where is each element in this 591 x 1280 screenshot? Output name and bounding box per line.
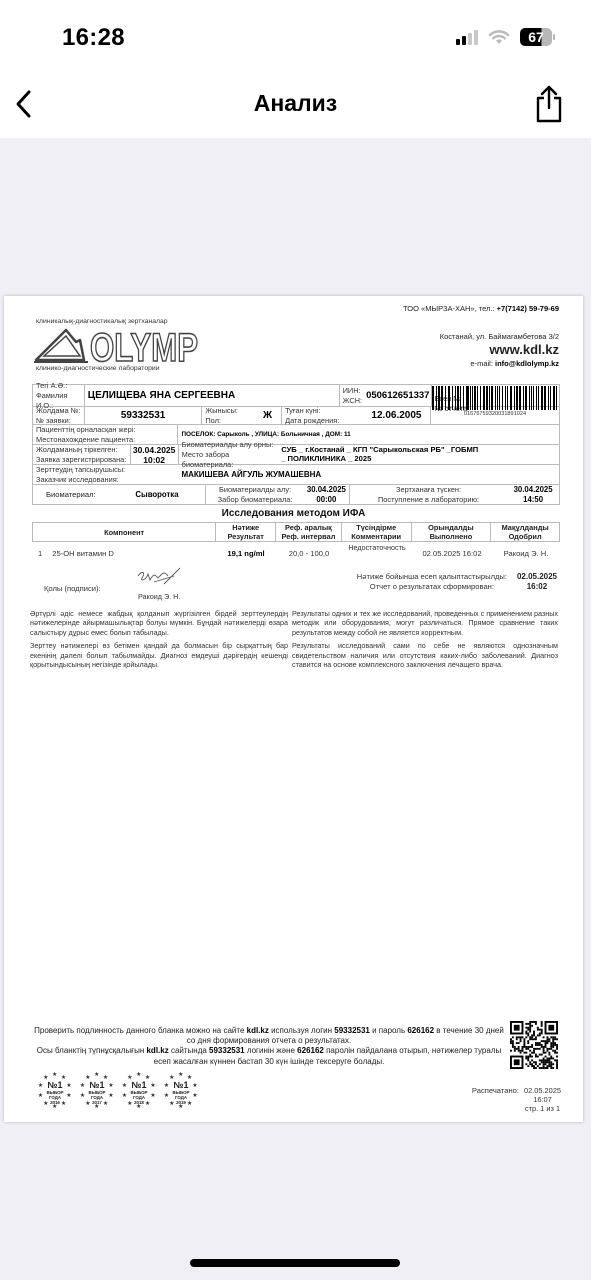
award-badge: ★★★★★★★★★★№1ВЫБОРГОДА2019 xyxy=(164,1072,198,1110)
top-bar: 16:28 67 Анализ xyxy=(0,0,591,138)
svg-text:OLYMP: OLYMP xyxy=(90,326,198,364)
barcode-icon xyxy=(432,386,558,410)
patient-dob: Туған күні:Дата рождения: 12.06.2005 xyxy=(282,407,431,424)
olymp-logo: клиникалық-диагностикалық зертханалар OL… xyxy=(30,318,200,374)
result-done: 02.05.2025 16:02 xyxy=(412,542,492,564)
section-title: Исследования методом ИФА xyxy=(4,508,583,519)
lab-report-document: ТОО «МЫРЗА-ХАН», тел.: +7(7142) 59-79-69… xyxy=(4,296,583,1122)
printed-info: 02.05.2025 16:07 стр. 1 из 1 xyxy=(524,1086,561,1113)
battery-level: 67 xyxy=(520,28,552,46)
logo-bottom-text: клинико-диагностические лаборатории xyxy=(36,365,160,372)
company-info: ТОО «МЫРЗА-ХАН», тел.: +7(7142) 59-79-69 xyxy=(403,304,559,313)
verification-text: Проверить подлинность данного бланка мож… xyxy=(34,1026,504,1067)
barcode-number: 01676759320031891024 xyxy=(432,411,558,417)
award-badge: ★★★★★★★★★★№1ВЫБОРГОДА2016 xyxy=(38,1072,72,1110)
header-result: НәтижеРезультат xyxy=(216,523,276,541)
signature-name: Ракоид Э. Н. xyxy=(138,592,180,601)
wifi-icon xyxy=(488,29,510,45)
page-title: Анализ xyxy=(0,90,591,117)
status-icons: 67 xyxy=(456,28,555,46)
page-number: стр. 1 из 1 xyxy=(524,1104,561,1113)
result-comment: Недостаточность xyxy=(346,542,408,564)
biomaterial: Сыворотка xyxy=(109,485,207,504)
result-ref-interval: 20,0 - 100,0 xyxy=(276,542,342,564)
company-address: Костанай, ул. Баймагамбетова 3/2 xyxy=(440,332,559,341)
patient-iin: ИИН:ЖСН: 050612651337 xyxy=(340,385,432,406)
report-barcode: 01676759320031891024 xyxy=(432,386,558,417)
cellular-signal-icon xyxy=(456,29,478,45)
report-formed-datetime: 02.05.2025 16:02 xyxy=(517,572,557,592)
result-approved: Ракоид Э. Н. xyxy=(492,542,560,564)
status-time: 16:28 xyxy=(62,24,125,52)
header-comments: ТүсіндірмеКомментарии xyxy=(342,523,412,541)
signature-icon xyxy=(134,566,184,588)
qr-code-icon xyxy=(510,1021,558,1069)
order-number: 59332531 xyxy=(85,407,203,424)
badge-year: 2019 xyxy=(170,1100,192,1105)
badge-year: 2018 xyxy=(128,1100,150,1105)
registered-datetime: 30.04.202510:02 xyxy=(131,445,179,464)
result-value: 19,1 ng/ml xyxy=(216,542,276,564)
printed-label: Распечатано: xyxy=(472,1086,519,1095)
signature-label: Қолы (подписи): xyxy=(44,584,101,593)
award-badge: ★★★★★★★★★★№1ВЫБОРГОДА2017 xyxy=(80,1072,114,1110)
results-table-header: Компонент НәтижеРезультат Реф. аралықРеф… xyxy=(32,522,560,542)
notes-ru: Результаты одних и тех же исследований, … xyxy=(292,609,558,669)
badge-year: 2016 xyxy=(44,1100,66,1105)
header-done: ОрындалдыВыполнено xyxy=(412,523,492,541)
results-table: Компонент НәтижеРезультат Реф. аралықРеф… xyxy=(32,522,560,564)
patient-name: ЦЕЛИЩЕВА ЯНА СЕРГЕЕВНА xyxy=(85,385,340,406)
award-badges: ★★★★★★★★★★№1ВЫБОРГОДА2016★★★★★★★★★★№1ВЫБ… xyxy=(38,1072,198,1110)
company-phone: +7(7142) 59-79-69 xyxy=(497,304,559,313)
badge-year: 2017 xyxy=(86,1100,108,1105)
header-component: Компонент xyxy=(33,523,216,541)
battery-icon: 67 xyxy=(520,28,555,46)
customer-name: МАКИШЕВА АЙГУЛЬ ЖУМАШЕВНА xyxy=(178,465,559,484)
collection-datetime: 30.04.202500:00 xyxy=(304,485,350,504)
company-website: www.kdl.kz xyxy=(489,342,559,357)
patient-sex: Жынысы:Пол: Ж xyxy=(202,407,282,424)
verify-site-link[interactable]: kdl.kz xyxy=(247,1026,269,1035)
result-component: 125-ОН витамин D xyxy=(32,542,216,564)
award-badge: ★★★★★★★★★★№1ВЫБОРГОДА2018 xyxy=(122,1072,156,1110)
share-icon[interactable] xyxy=(533,84,565,124)
table-row: 125-ОН витамин D 19,1 ng/ml 20,0 - 100,0… xyxy=(32,542,560,564)
header-approved: МақұлдандыОдобрил xyxy=(491,523,559,541)
company-email: e-mail: info@kdlolymp.kz xyxy=(470,359,559,368)
header-ref-interval: Реф. аралықРеф. интервал xyxy=(276,523,342,541)
report-formed-label: Нәтиже бойынша есеп қалыптастырылды: Отч… xyxy=(357,572,507,592)
home-indicator[interactable] xyxy=(190,1259,400,1267)
olymp-logo-icon: OLYMP xyxy=(32,326,200,364)
logo-top-text: клиникалық-диагностикалық зертханалар xyxy=(36,318,168,325)
notes-kz: Әртүрлі әдіс немесе жабдық қолданып жүрг… xyxy=(30,609,288,669)
lab-arrival-datetime: 30.04.202514:50 xyxy=(507,485,559,504)
collection-place: СУБ _ г.Костанай _ КГП "Сарыкольская РБ"… xyxy=(278,445,559,464)
